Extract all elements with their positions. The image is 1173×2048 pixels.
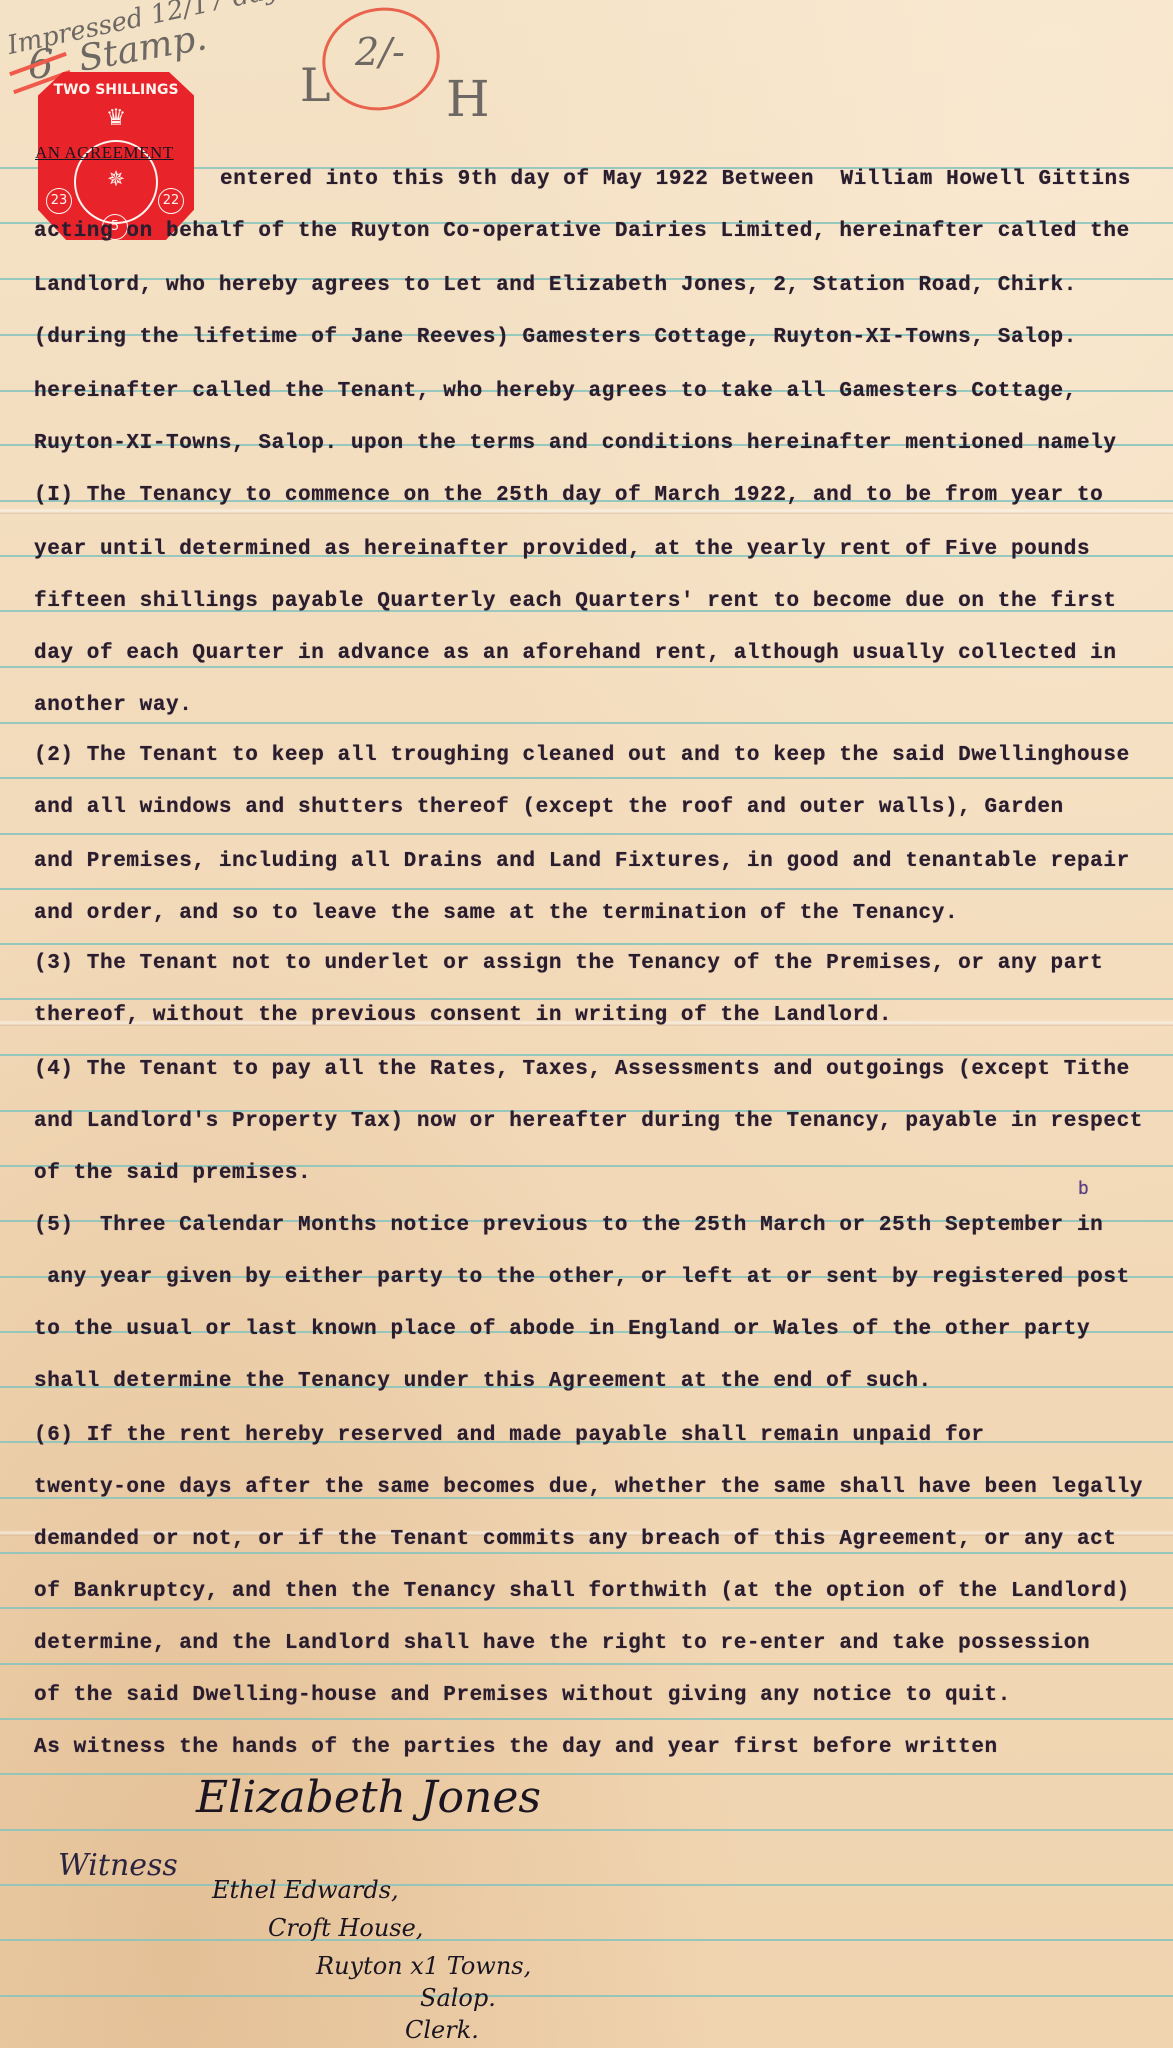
body-line: entered into this 9th day of May 1922 Be… bbox=[220, 168, 1131, 191]
clause-5: (5) Three Calendar Months notice previou… bbox=[34, 1214, 1103, 1237]
ruled-line bbox=[0, 1995, 1173, 1997]
body-line: thereof, without the previous consent in… bbox=[34, 1004, 892, 1027]
body-line: any year given by either party to the ot… bbox=[34, 1266, 1130, 1289]
witness-occupation: Clerk. bbox=[405, 2016, 479, 2044]
witness-address-line3: Salop. bbox=[420, 1984, 496, 2012]
star-icon: ✵ bbox=[100, 164, 132, 196]
crown-icon: ♛ bbox=[96, 104, 136, 134]
witness-label: Witness bbox=[58, 1848, 178, 1883]
clause-3: (3) The Tenant not to underlet or assign… bbox=[34, 952, 1103, 975]
stamp-number-right: 22 bbox=[158, 188, 184, 214]
pencil-mark-right: H bbox=[446, 70, 490, 128]
ruled-line bbox=[0, 722, 1173, 724]
witness-name: Ethel Edwards, bbox=[212, 1876, 399, 1904]
body-line: and Premises, including all Drains and L… bbox=[34, 850, 1130, 873]
body-line: and all windows and shutters thereof (ex… bbox=[34, 796, 1064, 819]
body-line: to the usual or last known place of abod… bbox=[34, 1318, 1090, 1341]
body-line: acting on behalf of the Ruyton Co-operat… bbox=[34, 220, 1130, 243]
body-line: year until determined as hereinafter pro… bbox=[34, 538, 1090, 561]
ruled-line bbox=[0, 666, 1173, 668]
body-line: twenty-one days after the same becomes d… bbox=[34, 1476, 1143, 1499]
stamp-number-left: 23 bbox=[46, 188, 72, 214]
body-line: another way. bbox=[34, 694, 192, 717]
stamp-label: TWO SHILLINGS bbox=[38, 82, 194, 98]
ruled-line bbox=[0, 777, 1173, 779]
ruled-line bbox=[0, 1607, 1173, 1609]
witness-address-line1: Croft House, bbox=[268, 1914, 423, 1942]
document-title: AN AGREEMENT bbox=[35, 143, 174, 163]
body-line: of Bankruptcy, and then the Tenancy shal… bbox=[34, 1580, 1130, 1603]
body-line: of the said premises. bbox=[34, 1162, 311, 1185]
witness-address-line2: Ruyton x1 Towns, bbox=[316, 1952, 531, 1980]
body-line: Ruyton-XI-Towns, Salop. upon the terms a… bbox=[34, 432, 1117, 455]
body-line: hereinafter called the Tenant, who hereb… bbox=[34, 380, 1077, 403]
clause-4: (4) The Tenant to pay all the Rates, Tax… bbox=[34, 1058, 1130, 1081]
body-line: day of each Quarter in advance as an afo… bbox=[34, 642, 1117, 665]
body-line: (during the lifetime of Jane Reeves) Gam… bbox=[34, 326, 1077, 349]
ruled-line bbox=[0, 833, 1173, 835]
ruled-line bbox=[0, 1884, 1173, 1886]
clause-2: (2) The Tenant to keep all troughing cle… bbox=[34, 744, 1130, 767]
ruled-line bbox=[0, 1663, 1173, 1665]
ruled-line bbox=[0, 888, 1173, 890]
ruled-line bbox=[0, 998, 1173, 1000]
witness-clause: As witness the hands of the parties the … bbox=[34, 1736, 998, 1759]
body-line: demanded or not, or if the Tenant commit… bbox=[34, 1528, 1117, 1551]
margin-mark: b bbox=[1078, 1180, 1089, 1200]
body-line: determine, and the Landlord shall have t… bbox=[34, 1632, 1090, 1655]
ruled-line bbox=[0, 1939, 1173, 1941]
fold-crease bbox=[0, 508, 1173, 514]
tenant-signature: Elizabeth Jones bbox=[196, 1772, 541, 1823]
ruled-line bbox=[0, 1829, 1173, 1831]
body-line: shall determine the Tenancy under this A… bbox=[34, 1370, 932, 1393]
ruled-line bbox=[0, 1552, 1173, 1554]
body-line: fifteen shillings payable Quarterly each… bbox=[34, 590, 1117, 613]
ruled-line bbox=[0, 1718, 1173, 1720]
body-line: Landlord, who hereby agrees to Let and E… bbox=[34, 274, 1077, 297]
body-line: and order, and so to leave the same at t… bbox=[34, 902, 958, 925]
body-line: and Landlord's Property Tax) now or here… bbox=[34, 1110, 1143, 1133]
clause-6: (6) If the rent hereby reserved and made… bbox=[34, 1424, 985, 1447]
pencil-circled-value: 2/- bbox=[355, 30, 405, 74]
body-line: of the said Dwelling-house and Premises … bbox=[34, 1684, 1011, 1707]
ruled-line bbox=[0, 1054, 1173, 1056]
ruled-line bbox=[0, 1773, 1173, 1775]
ruled-line bbox=[0, 943, 1173, 945]
clause-1: (I) The Tenancy to commence on the 25th … bbox=[34, 484, 1103, 507]
